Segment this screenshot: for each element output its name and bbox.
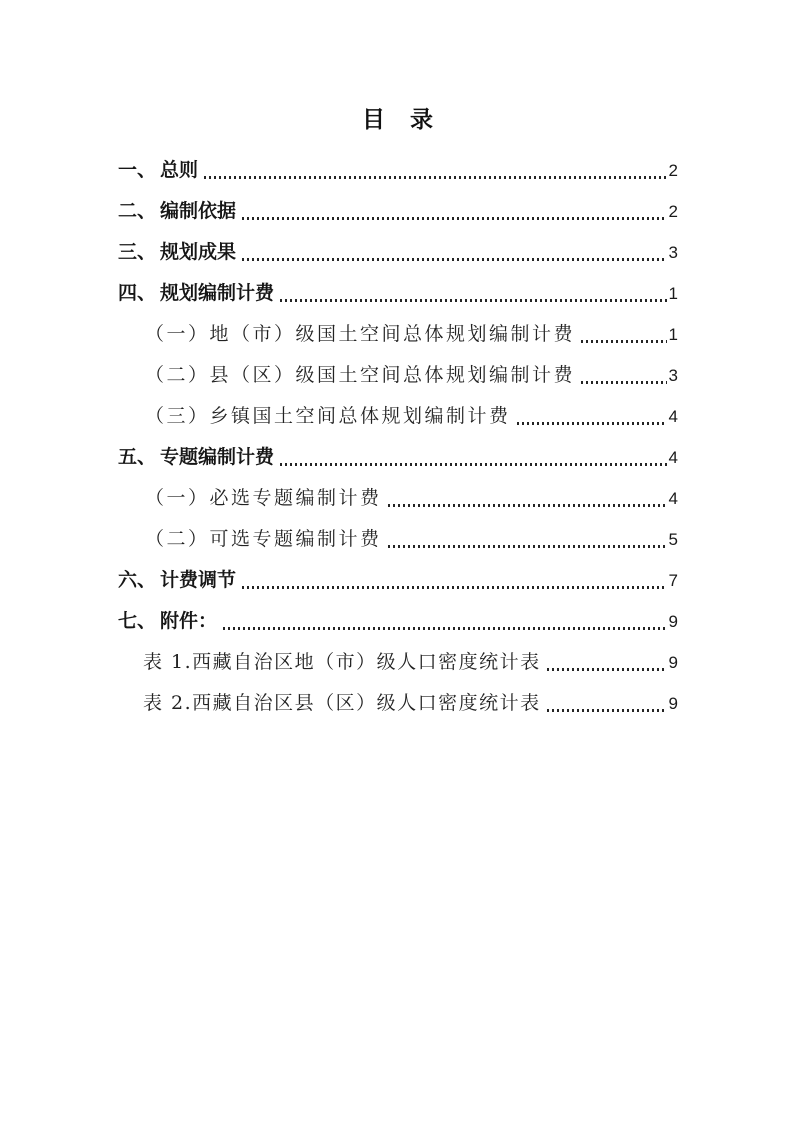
toc-entry[interactable]: 二、编制依据2 xyxy=(118,198,678,225)
toc-entry-number: 二、 xyxy=(118,198,160,225)
toc-entry-page-number: 4 xyxy=(669,444,678,471)
toc-entry-page-number: 9 xyxy=(669,649,678,676)
toc-entry-label: 附件： xyxy=(160,608,217,635)
toc-entry[interactable]: 四、规划编制计费1 xyxy=(118,280,678,307)
toc-entry[interactable]: （一）地（市）级国土空间总体规划编制计费1 xyxy=(118,321,678,348)
toc-entry[interactable]: 七、附件：9 xyxy=(118,608,678,635)
toc-entry[interactable]: 一、总则2 xyxy=(118,157,678,184)
toc-entry-label: 表 1.西藏自治区地（市）级人口密度统计表 xyxy=(143,649,541,676)
toc-entry-page-number: 9 xyxy=(669,608,678,635)
dot-leader xyxy=(242,217,667,220)
toc-list: 一、总则2二、编制依据2三、规划成果3四、规划编制计费1（一）地（市）级国土空间… xyxy=(118,157,678,717)
toc-entry[interactable]: 表 2.西藏自治区县（区）级人口密度统计表9 xyxy=(118,690,678,717)
toc-entry[interactable]: 六、计费调节7 xyxy=(118,567,678,594)
toc-entry[interactable]: 三、规划成果3 xyxy=(118,239,678,266)
toc-entry-label: 计费调节 xyxy=(160,567,236,594)
dot-leader xyxy=(280,299,667,302)
dot-leader xyxy=(280,463,667,466)
toc-entry-label: 规划编制计费 xyxy=(160,280,274,307)
dot-leader xyxy=(388,504,667,507)
dot-leader xyxy=(581,340,667,343)
toc-entry-page-number: 4 xyxy=(669,403,678,430)
toc-entry-label: （一）地（市）级国土空间总体规划编制计费 xyxy=(145,321,575,348)
toc-entry[interactable]: 表 1.西藏自治区地（市）级人口密度统计表9 xyxy=(118,649,678,676)
toc-entry-number: 一、 xyxy=(118,157,160,184)
toc-entry-page-number: 5 xyxy=(669,526,678,553)
toc-entry[interactable]: 五、专题编制计费4 xyxy=(118,444,678,471)
toc-entry[interactable]: （三）乡镇国土空间总体规划编制计费4 xyxy=(118,403,678,430)
dot-leader xyxy=(581,381,667,384)
toc-entry-label: （二）县（区）级国土空间总体规划编制计费 xyxy=(145,362,575,389)
toc-entry-page-number: 1 xyxy=(669,280,678,307)
toc-entry-page-number: 2 xyxy=(669,198,678,225)
toc-entry-number: 六、 xyxy=(118,567,160,594)
dot-leader xyxy=(223,627,667,630)
toc-entry-number: 三、 xyxy=(118,239,160,266)
toc-entry-page-number: 4 xyxy=(669,485,678,512)
toc-entry-label: 表 2.西藏自治区县（区）级人口密度统计表 xyxy=(143,690,541,717)
toc-entry-page-number: 9 xyxy=(669,690,678,717)
toc-entry-page-number: 1 xyxy=(669,321,678,348)
toc-entry-page-number: 3 xyxy=(669,362,678,389)
dot-leader xyxy=(547,709,667,712)
toc-entry-label: 编制依据 xyxy=(160,198,236,225)
dot-leader xyxy=(242,586,667,589)
dot-leader xyxy=(204,176,667,179)
toc-entry[interactable]: （二）县（区）级国土空间总体规划编制计费3 xyxy=(118,362,678,389)
toc-entry-number: 四、 xyxy=(118,280,160,307)
toc-entry[interactable]: （二）可选专题编制计费5 xyxy=(118,526,678,553)
toc-entry-label: 总则 xyxy=(160,157,198,184)
toc-entry-number: 五、 xyxy=(118,444,160,471)
toc-entry-page-number: 7 xyxy=(669,567,678,594)
dot-leader xyxy=(388,545,667,548)
document-page: 目 录 一、总则2二、编制依据2三、规划成果3四、规划编制计费1（一）地（市）级… xyxy=(0,0,800,1131)
toc-entry-number: 七、 xyxy=(118,608,160,635)
toc-entry-label: 规划成果 xyxy=(160,239,236,266)
toc-entry-page-number: 3 xyxy=(669,239,678,266)
toc-title: 目 录 xyxy=(118,104,678,135)
toc-entry[interactable]: （一）必选专题编制计费4 xyxy=(118,485,678,512)
toc-entry-label: （二）可选专题编制计费 xyxy=(145,526,382,553)
toc-entry-page-number: 2 xyxy=(669,157,678,184)
dot-leader xyxy=(517,422,667,425)
toc-entry-label: 专题编制计费 xyxy=(160,444,274,471)
toc-entry-label: （三）乡镇国土空间总体规划编制计费 xyxy=(145,403,511,430)
dot-leader xyxy=(242,258,667,261)
toc-entry-label: （一）必选专题编制计费 xyxy=(145,485,382,512)
dot-leader xyxy=(547,668,667,671)
